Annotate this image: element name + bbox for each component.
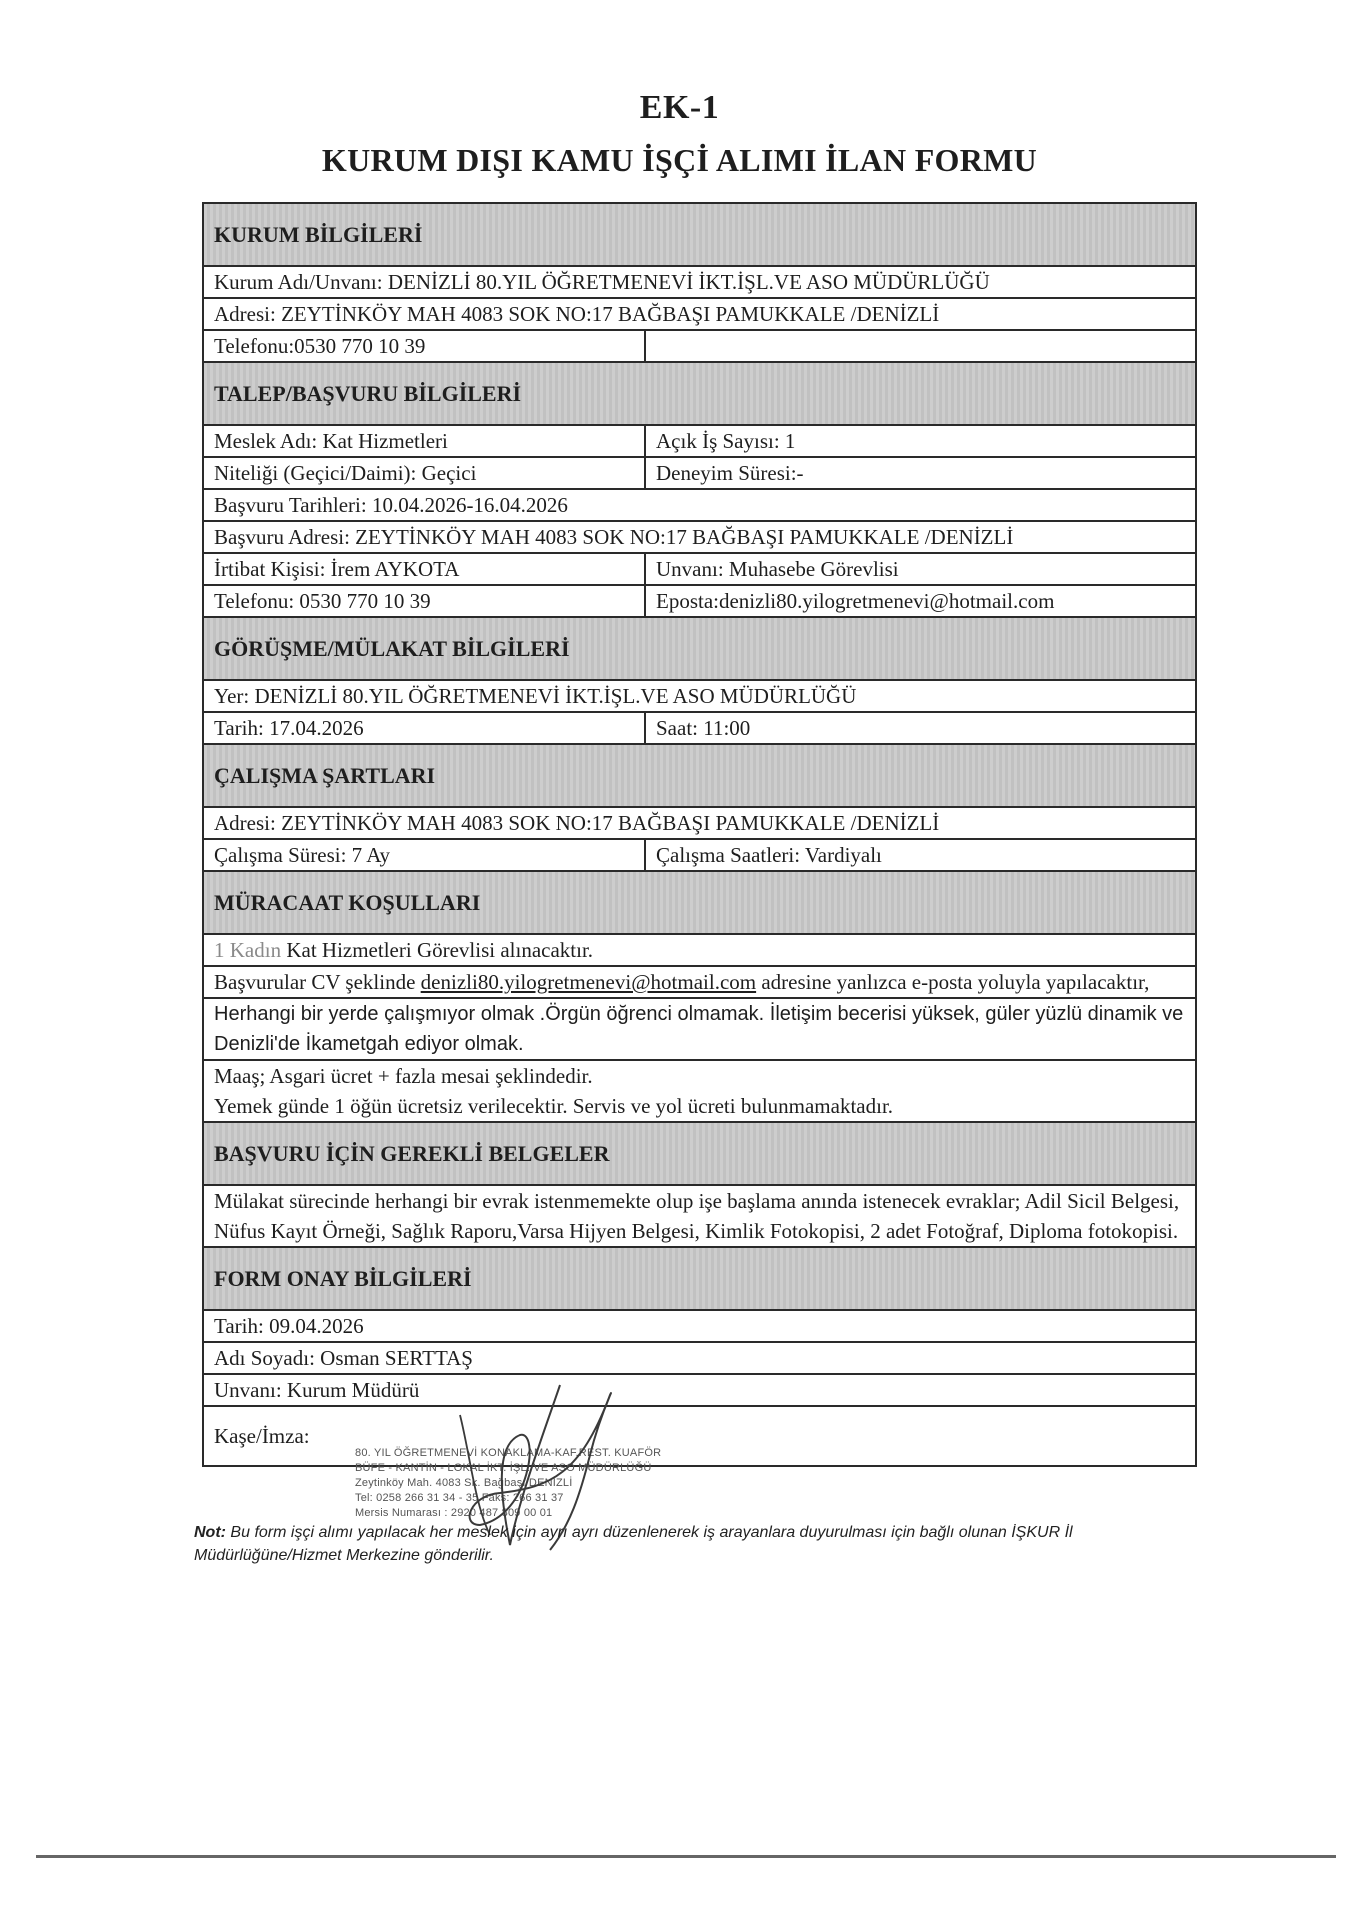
work-duration-row: Çalışma Süresi: 7 Ay Çalışma Saatleri: V…: [204, 840, 1195, 872]
section-institution-info: KURUM BİLGİLERİ: [204, 204, 1195, 267]
institution-phone-blank: [646, 331, 1195, 361]
employment-nature: Niteliği (Geçici/Daimi): Geçici: [204, 458, 646, 488]
section-application-info: TALEP/BAŞVURU BİLGİLERİ: [204, 363, 1195, 426]
institution-name-row: Kurum Adı/Unvanı: DENİZLİ 80.YIL ÖĞRETME…: [204, 267, 1195, 299]
occupation-row: Meslek Adı: Kat Hizmetleri Açık İş Sayıs…: [204, 426, 1195, 458]
nature-row: Niteliği (Geçici/Daimi): Geçici Deneyim …: [204, 458, 1195, 490]
contact-row: İrtibat Kişisi: İrem AYKOTA Unvanı: Muha…: [204, 554, 1195, 586]
condition-row-4: Maaş; Asgari ücret + fazla mesai şeklind…: [204, 1061, 1195, 1123]
work-hours: Çalışma Saatleri: Vardiyalı: [646, 840, 1195, 870]
application-dates: Başvuru Tarihleri: 10.04.2026-16.04.2026: [204, 490, 1195, 520]
page-bottom-rule: [36, 1855, 1336, 1858]
required-documents: Mülakat sürecinde herhangi bir evrak ist…: [204, 1186, 1195, 1246]
work-duration: Çalışma Süresi: 7 Ay: [204, 840, 646, 870]
condition-4: Maaş; Asgari ücret + fazla mesai şeklind…: [204, 1061, 1195, 1121]
interview-time: Saat: 11:00: [646, 713, 1195, 743]
stamp-signature-row: Kaşe/İmza:: [204, 1407, 1195, 1467]
condition-1: 1 Kadın Kat Hizmetleri Görevlisi alınaca…: [204, 935, 1195, 965]
institution-phone-row: Telefonu:0530 770 10 39: [204, 331, 1195, 363]
application-address: Başvuru Adresi: ZEYTİNKÖY MAH 4083 SOK N…: [204, 522, 1195, 552]
application-email-link[interactable]: denizli80.yilogretmenevi@hotmail.com: [421, 970, 756, 994]
section-form-approval: FORM ONAY BİLGİLERİ: [204, 1248, 1195, 1311]
approver-title: Unvanı: Kurum Müdürü: [204, 1375, 1195, 1405]
salary-info: Maaş; Asgari ücret + fazla mesai şeklind…: [214, 1061, 1185, 1091]
section-interview-info: GÖRÜŞME/MÜLAKAT BİLGİLERİ: [204, 618, 1195, 681]
section-application-conditions: MÜRACAAT KOŞULLARI: [204, 872, 1195, 935]
application-dates-row: Başvuru Tarihleri: 10.04.2026-16.04.2026: [204, 490, 1195, 522]
job-posting-form: KURUM BİLGİLERİ Kurum Adı/Unvanı: DENİZL…: [202, 202, 1197, 1467]
institution-address-row: Adresi: ZEYTİNKÖY MAH 4083 SOK NO:17 BAĞ…: [204, 299, 1195, 331]
form-title: KURUM DIŞI KAMU İŞÇİ ALIMI İLAN FORMU: [0, 138, 1359, 182]
approval-date: Tarih: 09.04.2026: [204, 1311, 1195, 1341]
institution-phone: Telefonu:0530 770 10 39: [204, 331, 646, 361]
condition-row-1: 1 Kadın Kat Hizmetleri Görevlisi alınaca…: [204, 935, 1195, 967]
interview-place-row: Yer: DENİZLİ 80.YIL ÖĞRETMENEVİ İKT.İŞL.…: [204, 681, 1195, 713]
condition-3: Herhangi bir yerde çalışmıyor olmak .Örg…: [204, 999, 1195, 1059]
document-header: EK-1 KURUM DIŞI KAMU İŞÇİ ALIMI İLAN FOR…: [0, 88, 1359, 182]
condition-2-post: adresine yanlızca e-posta yoluyla yapıla…: [756, 970, 1149, 994]
condition-1-text: Kat Hizmetleri Görevlisi alınacaktır.: [286, 938, 593, 962]
stamp-signature-label: Kaşe/İmza:: [204, 1407, 1195, 1465]
approver-name: Adı Soyadı: Osman SERTTAŞ: [204, 1343, 1195, 1373]
contact-phone-row: Telefonu: 0530 770 10 39 Eposta:denizli8…: [204, 586, 1195, 618]
approver-name-row: Adı Soyadı: Osman SERTTAŞ: [204, 1343, 1195, 1375]
condition-1-faint: 1 Kadın: [214, 938, 286, 962]
work-address-row: Adresi: ZEYTİNKÖY MAH 4083 SOK NO:17 BAĞ…: [204, 808, 1195, 840]
work-address: Adresi: ZEYTİNKÖY MAH 4083 SOK NO:17 BAĞ…: [204, 808, 1195, 838]
section-required-documents: BAŞVURU İÇİN GEREKLİ BELGELER: [204, 1123, 1195, 1186]
contact-title: Unvanı: Muhasebe Görevlisi: [646, 554, 1195, 584]
institution-address: Adresi: ZEYTİNKÖY MAH 4083 SOK NO:17 BAĞ…: [204, 299, 1195, 329]
footnote: Not: Bu form işçi alımı yapılacak her me…: [194, 1521, 1194, 1567]
approval-date-row: Tarih: 09.04.2026: [204, 1311, 1195, 1343]
documents-row: Mülakat sürecinde herhangi bir evrak ist…: [204, 1186, 1195, 1248]
interview-date: Tarih: 17.04.2026: [204, 713, 646, 743]
section-working-conditions: ÇALIŞMA ŞARTLARI: [204, 745, 1195, 808]
contact-email: Eposta:denizli80.yilogretmenevi@hotmail.…: [646, 586, 1195, 616]
meal-info: Yemek günde 1 öğün ücretsiz verilecektir…: [214, 1091, 1185, 1121]
condition-row-2: Başvurular CV şeklinde denizli80.yilogre…: [204, 967, 1195, 999]
contact-person: İrtibat Kişisi: İrem AYKOTA: [204, 554, 646, 584]
footnote-text: Bu form işçi alımı yapılacak her meslek …: [194, 1524, 1073, 1564]
annex-label: EK-1: [0, 88, 1359, 128]
condition-row-3: Herhangi bir yerde çalışmıyor olmak .Örg…: [204, 999, 1195, 1061]
condition-2: Başvurular CV şeklinde denizli80.yilogre…: [204, 967, 1195, 997]
application-address-row: Başvuru Adresi: ZEYTİNKÖY MAH 4083 SOK N…: [204, 522, 1195, 554]
institution-name: Kurum Adı/Unvanı: DENİZLİ 80.YIL ÖĞRETME…: [204, 267, 1195, 297]
footnote-label: Not:: [194, 1524, 226, 1541]
open-positions: Açık İş Sayısı: 1: [646, 426, 1195, 456]
approver-title-row: Unvanı: Kurum Müdürü: [204, 1375, 1195, 1407]
interview-datetime-row: Tarih: 17.04.2026 Saat: 11:00: [204, 713, 1195, 745]
interview-place: Yer: DENİZLİ 80.YIL ÖĞRETMENEVİ İKT.İŞL.…: [204, 681, 1195, 711]
contact-phone: Telefonu: 0530 770 10 39: [204, 586, 646, 616]
condition-2-pre: Başvurular CV şeklinde: [214, 970, 421, 994]
occupation: Meslek Adı: Kat Hizmetleri: [204, 426, 646, 456]
experience-duration: Deneyim Süresi:-: [646, 458, 1195, 488]
